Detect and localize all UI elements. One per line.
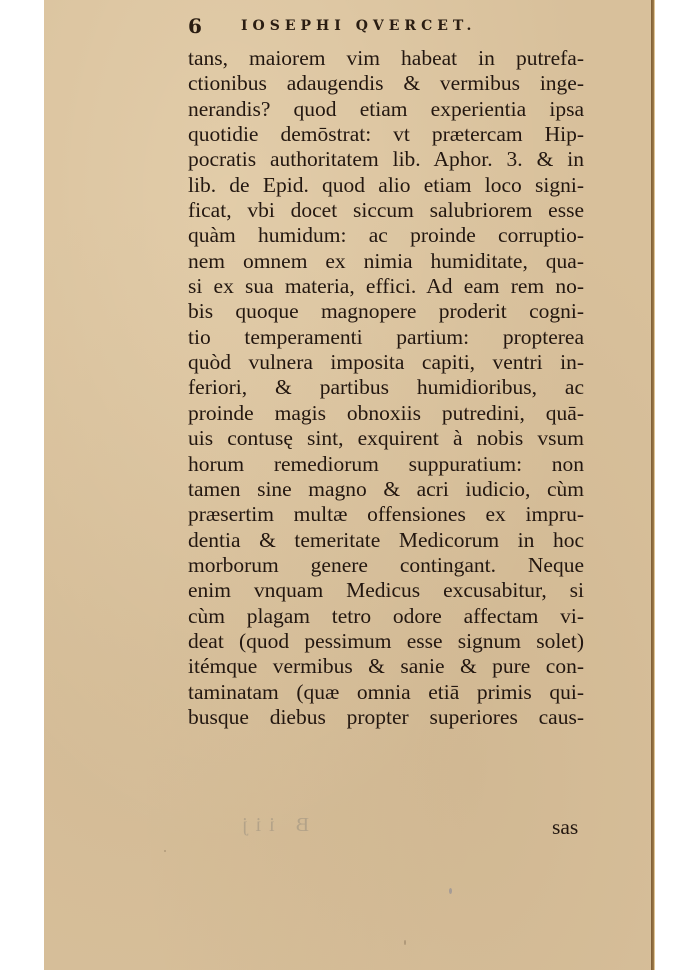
text-line: si ex sua materia, effici. Ad eam rem no…	[188, 274, 584, 299]
text-line: feriori, & partibus humidioribus, ac	[188, 375, 584, 400]
text-line: nem omnem ex nimia humiditate, qua-	[188, 249, 584, 274]
text-line: dentia & temeritate Medicorum in hoc	[188, 528, 584, 553]
text-line: tio temperamenti partium: propterea	[188, 325, 584, 350]
running-title: IOSEPHI QVERCET.	[241, 18, 476, 34]
text-line: præsertim multæ offensiones ex impru-	[188, 502, 584, 527]
page-number: 6	[188, 14, 202, 38]
paper-speck	[164, 850, 166, 852]
catchword: sas	[552, 815, 578, 840]
text-line: lib. de Epid. quod alio etiam loco signi…	[188, 173, 584, 198]
text-line: ctionibus adaugendis & vermibus inge-	[188, 71, 584, 96]
text-line: pocratis authoritatem lib. Aphor. 3. & i…	[188, 147, 584, 172]
paper-speck	[204, 80, 207, 83]
running-head: 6 IOSEPHI QVERCET.	[188, 14, 588, 40]
text-line: quòd vulnera imposita capiti, ventri in-	[188, 350, 584, 375]
text-line: morborum genere contingant. Neque	[188, 553, 584, 578]
text-line: cùm plagam tetro odore affectam vi-	[188, 604, 584, 629]
text-line: busque diebus propter superiores caus-	[188, 705, 584, 730]
text-line: tamen sine magno & acri iudicio, cùm	[188, 477, 584, 502]
text-line: taminatam (quæ omnia etiā primis qui-	[188, 680, 584, 705]
bleed-through-signature-mark: B iij	[234, 814, 309, 837]
text-line: deat (quod pessimum esse signum solet)	[188, 629, 584, 654]
text-line: quàm humidum: ac proinde corruptio-	[188, 223, 584, 248]
paper-speck	[449, 888, 452, 894]
paper-speck	[404, 940, 406, 945]
text-line: proinde magis obnoxiis putredini, quā-	[188, 401, 584, 426]
text-line: uis contusę sint, exquirent à nobis vsum	[188, 426, 584, 451]
text-line: bis quoque magnopere proderit cogni-	[188, 299, 584, 324]
text-line: tans, maiorem vim habeat in putrefa-	[188, 46, 584, 71]
text-line: enim vnquam Medicus excusabitur, si	[188, 578, 584, 603]
text-line: quotidie demōstrat: vt prætercam Hip-	[188, 122, 584, 147]
text-line: horum remediorum suppuratium: non	[188, 452, 584, 477]
body-text: tans, maiorem vim habeat in putrefa- cti…	[188, 46, 584, 730]
page-edge-highlight	[654, 0, 655, 970]
book-page: 6 IOSEPHI QVERCET. tans, maiorem vim hab…	[44, 0, 655, 970]
text-line: nerandis? quod etiam experientia ipsa	[188, 97, 584, 122]
text-line: ficat, vbi docet siccum salubriorem esse	[188, 198, 584, 223]
text-line: itémque vermibus & sanie & pure con-	[188, 654, 584, 679]
